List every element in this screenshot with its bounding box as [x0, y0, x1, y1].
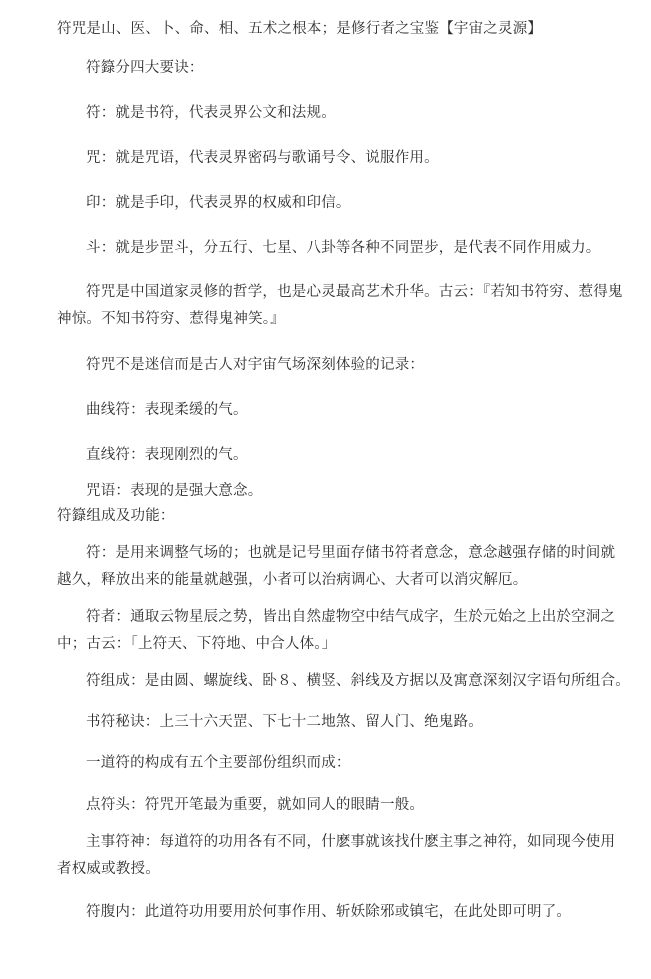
not-superstition-line: 符咒不是迷信而是古人对宇宙气场深刻体验的记录：	[86, 352, 651, 379]
writing-secret-line: 书符秘诀：上三十六天罡、下七十二地煞、留人门、绝鬼路。	[86, 709, 651, 736]
intro-line: 符咒是山、医、卜、命、相、五术之根本；是修行者之宝鉴【宇宙之灵源】	[57, 16, 627, 43]
presiding-deity-paragraph: 主事符神：每道符的功用各有不同，什麽事就该找什麽主事之神符，如同现今使用者权威或…	[57, 829, 629, 883]
fu-composition-line: 符组成：是由圆、螺旋线、卧８、横竖、斜线及方据以及寓意深刻汉字语句所组合。	[86, 668, 651, 695]
straight-talisman-line: 直线符：表现刚烈的气。	[86, 442, 651, 469]
curve-talisman-line: 曲线符：表现柔缓的气。	[86, 397, 651, 424]
composition-heading: 符籙组成及功能：	[57, 503, 627, 530]
yin-definition: 印：就是手印，代表灵界的权威和印信。	[86, 190, 651, 217]
dou-definition: 斗：就是步罡斗，分五行、七星、八卦等各种不同罡步，是代表不同作用威力。	[86, 235, 651, 262]
fu-definition: 符：就是书符，代表灵界公文和法规。	[86, 100, 651, 127]
talisman-belly-line: 符腹内：此道符功用要用於何事作用、斩妖除邪或镇宅，在此处即可明了。	[86, 899, 651, 926]
fu-function-paragraph: 符：是用来调整气场的；也就是记号里面存储书符者意念，意念越强存储的时间就越久，释…	[57, 540, 629, 594]
four-secrets-heading: 符籙分四大要诀：	[86, 55, 651, 82]
incantation-line: 咒语：表现的是强大意念。	[86, 478, 651, 505]
philosophy-paragraph: 符咒是中国道家灵修的哲学，也是心灵最高艺术升华。古云：『若知书符穷、惹得鬼神惊。…	[57, 279, 629, 333]
zhou-definition: 咒：就是咒语，代表灵界密码与歌诵号令、说服作用。	[86, 145, 651, 172]
fu-origin-paragraph: 符者：通取云物星辰之势，皆出自然虚物空中结气成字，生於元始之上出於空洞之中；古云…	[57, 604, 629, 658]
document-page: 符咒是山、医、卜、命、相、五术之根本；是修行者之宝鉴【宇宙之灵源】 符籙分四大要…	[0, 0, 651, 979]
five-parts-heading: 一道符的构成有五个主要部份组织而成：	[86, 750, 651, 777]
talisman-head-line: 点符头：符咒开笔最为重要，就如同人的眼睛一般。	[86, 792, 651, 819]
